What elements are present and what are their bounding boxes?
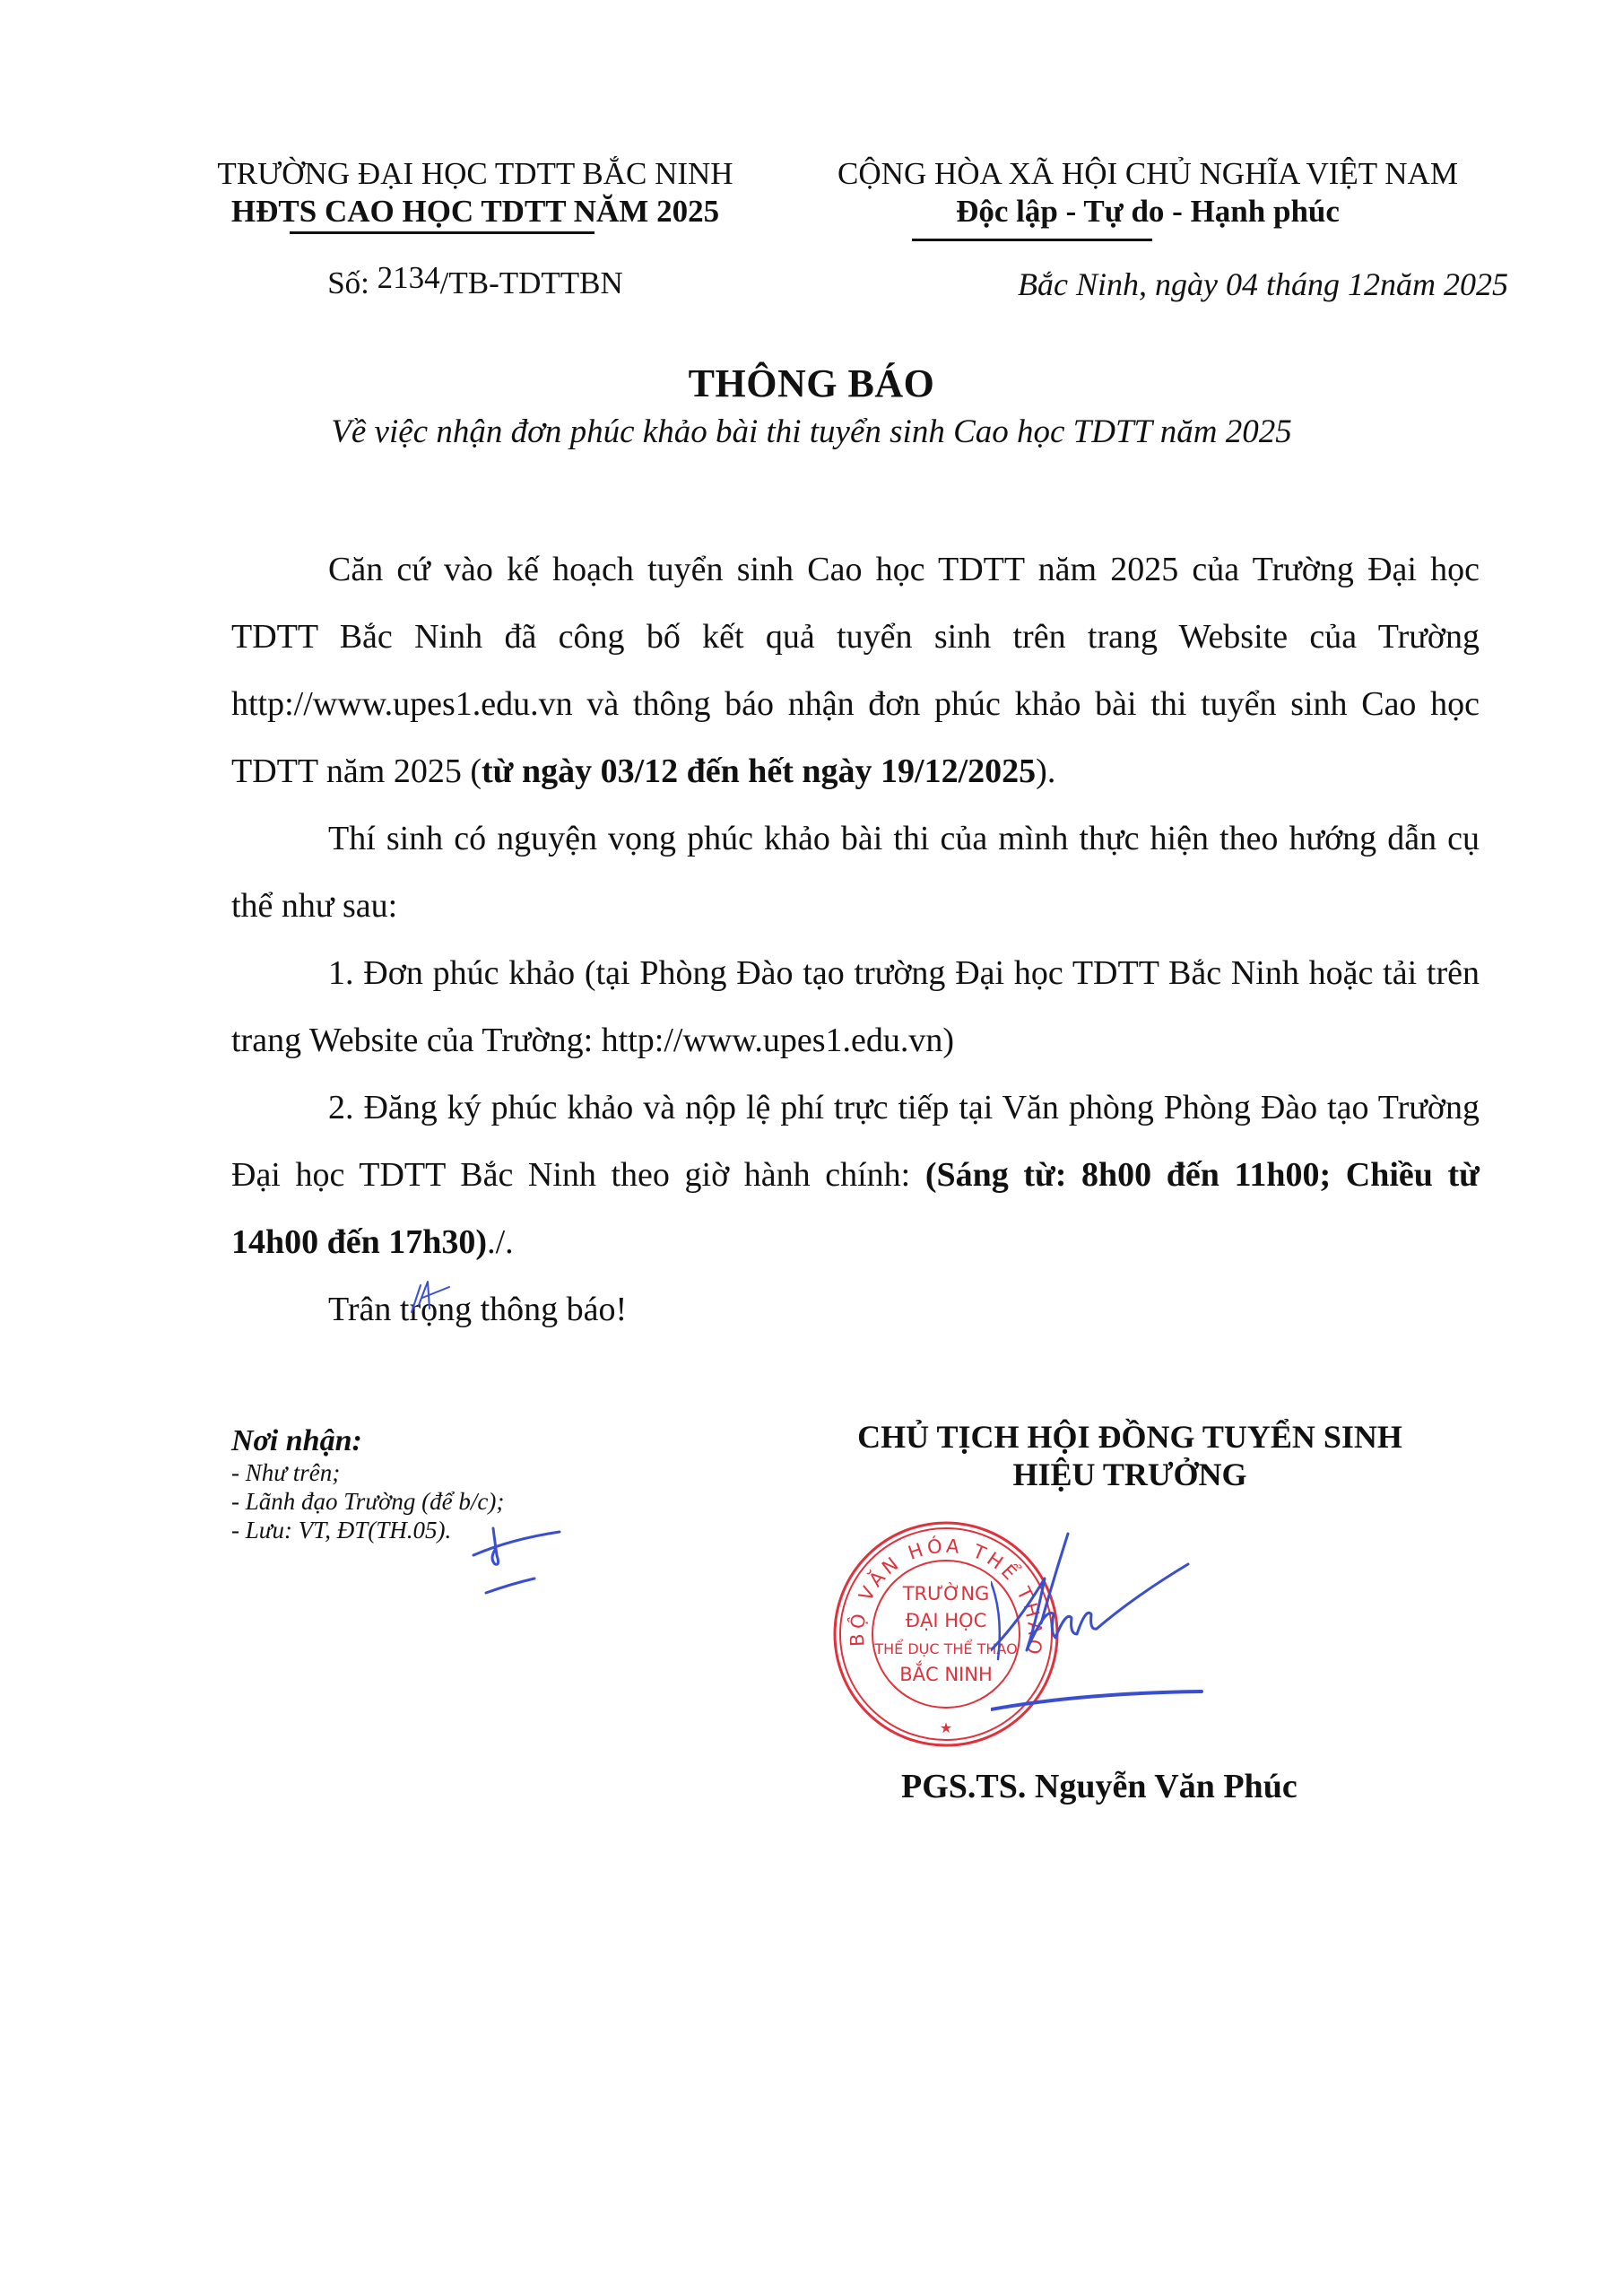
deadline-period: từ ngày 03/12 đến hết ngày 19/12/2025 bbox=[482, 752, 1036, 790]
signer-title-1: CHỦ TỊCH HỘI ĐỒNG TUYỂN SINH bbox=[789, 1417, 1471, 1457]
item-registration: 2. Đăng ký phúc khảo và nộp lệ phí trực … bbox=[231, 1074, 1480, 1276]
item-application-form: 1. Đơn phúc khảo (tại Phòng Đào tạo trườ… bbox=[231, 940, 1480, 1074]
initial-mark-icon bbox=[408, 1269, 462, 1323]
national-motto: Độc lập - Tự do - Hạnh phúc bbox=[807, 192, 1488, 231]
svg-text:BẮC NINH: BẮC NINH bbox=[899, 1660, 993, 1685]
document-subtitle: Về việc nhận đơn phúc khảo bài thi tuyển… bbox=[0, 413, 1623, 451]
svg-text:★: ★ bbox=[940, 1719, 952, 1736]
doc-number-suffix: /TB-TDTTBN bbox=[440, 265, 623, 300]
doc-number: Số: 2134/TB-TDTTBN bbox=[206, 264, 744, 303]
paragraph-basis: Căn cứ vào kế hoạch tuyển sinh Cao học T… bbox=[231, 536, 1480, 805]
motto-underline bbox=[912, 239, 1152, 241]
document-body: Căn cứ vào kế hoạch tuyển sinh Cao học T… bbox=[231, 536, 1480, 1344]
recipient-item: - Lưu: VT, ĐT(TH.05). bbox=[231, 1516, 504, 1544]
doc-number-value: 2134 bbox=[378, 260, 440, 295]
date-line: Bắc Ninh, ngày 04 tháng 12năm 2025 bbox=[1018, 265, 1508, 303]
signature-icon bbox=[991, 1525, 1260, 1731]
unit-underline bbox=[290, 231, 595, 234]
unit-name: HĐTS CAO HỌC TDTT NĂM 2025 bbox=[206, 192, 744, 231]
paragraph-basis-end: ). bbox=[1036, 752, 1055, 790]
document-title: THÔNG BÁO bbox=[0, 361, 1623, 406]
signer-name: PGS.TS. Nguyễn Văn Phúc bbox=[901, 1767, 1298, 1806]
svg-text:TRƯỜNG: TRƯỜNG bbox=[902, 1582, 990, 1605]
nation-name: CỘNG HÒA XÃ HỘI CHỦ NGHĨA VIỆT NAM bbox=[807, 154, 1488, 194]
recipient-item: - Như trên; bbox=[231, 1458, 504, 1487]
recipient-item: - Lãnh đạo Trường (để b/c); bbox=[231, 1487, 504, 1516]
doc-number-prefix: Số: bbox=[327, 265, 369, 300]
item-registration-end: ./. bbox=[487, 1223, 514, 1261]
org-name: TRƯỜNG ĐẠI HỌC TDTT BẮC NINH bbox=[206, 154, 744, 194]
signer-title-2: HIỆU TRƯỞNG bbox=[789, 1455, 1471, 1494]
recipients-block: Nơi nhận: - Như trên; - Lãnh đạo Trường … bbox=[231, 1424, 504, 1544]
svg-text:ĐẠI HỌC: ĐẠI HỌC bbox=[906, 1610, 987, 1631]
recipients-title: Nơi nhận: bbox=[231, 1424, 504, 1458]
initial-signature-icon bbox=[466, 1525, 565, 1596]
paragraph-instructions: Thí sinh có nguyện vọng phúc khảo bài th… bbox=[231, 805, 1480, 940]
